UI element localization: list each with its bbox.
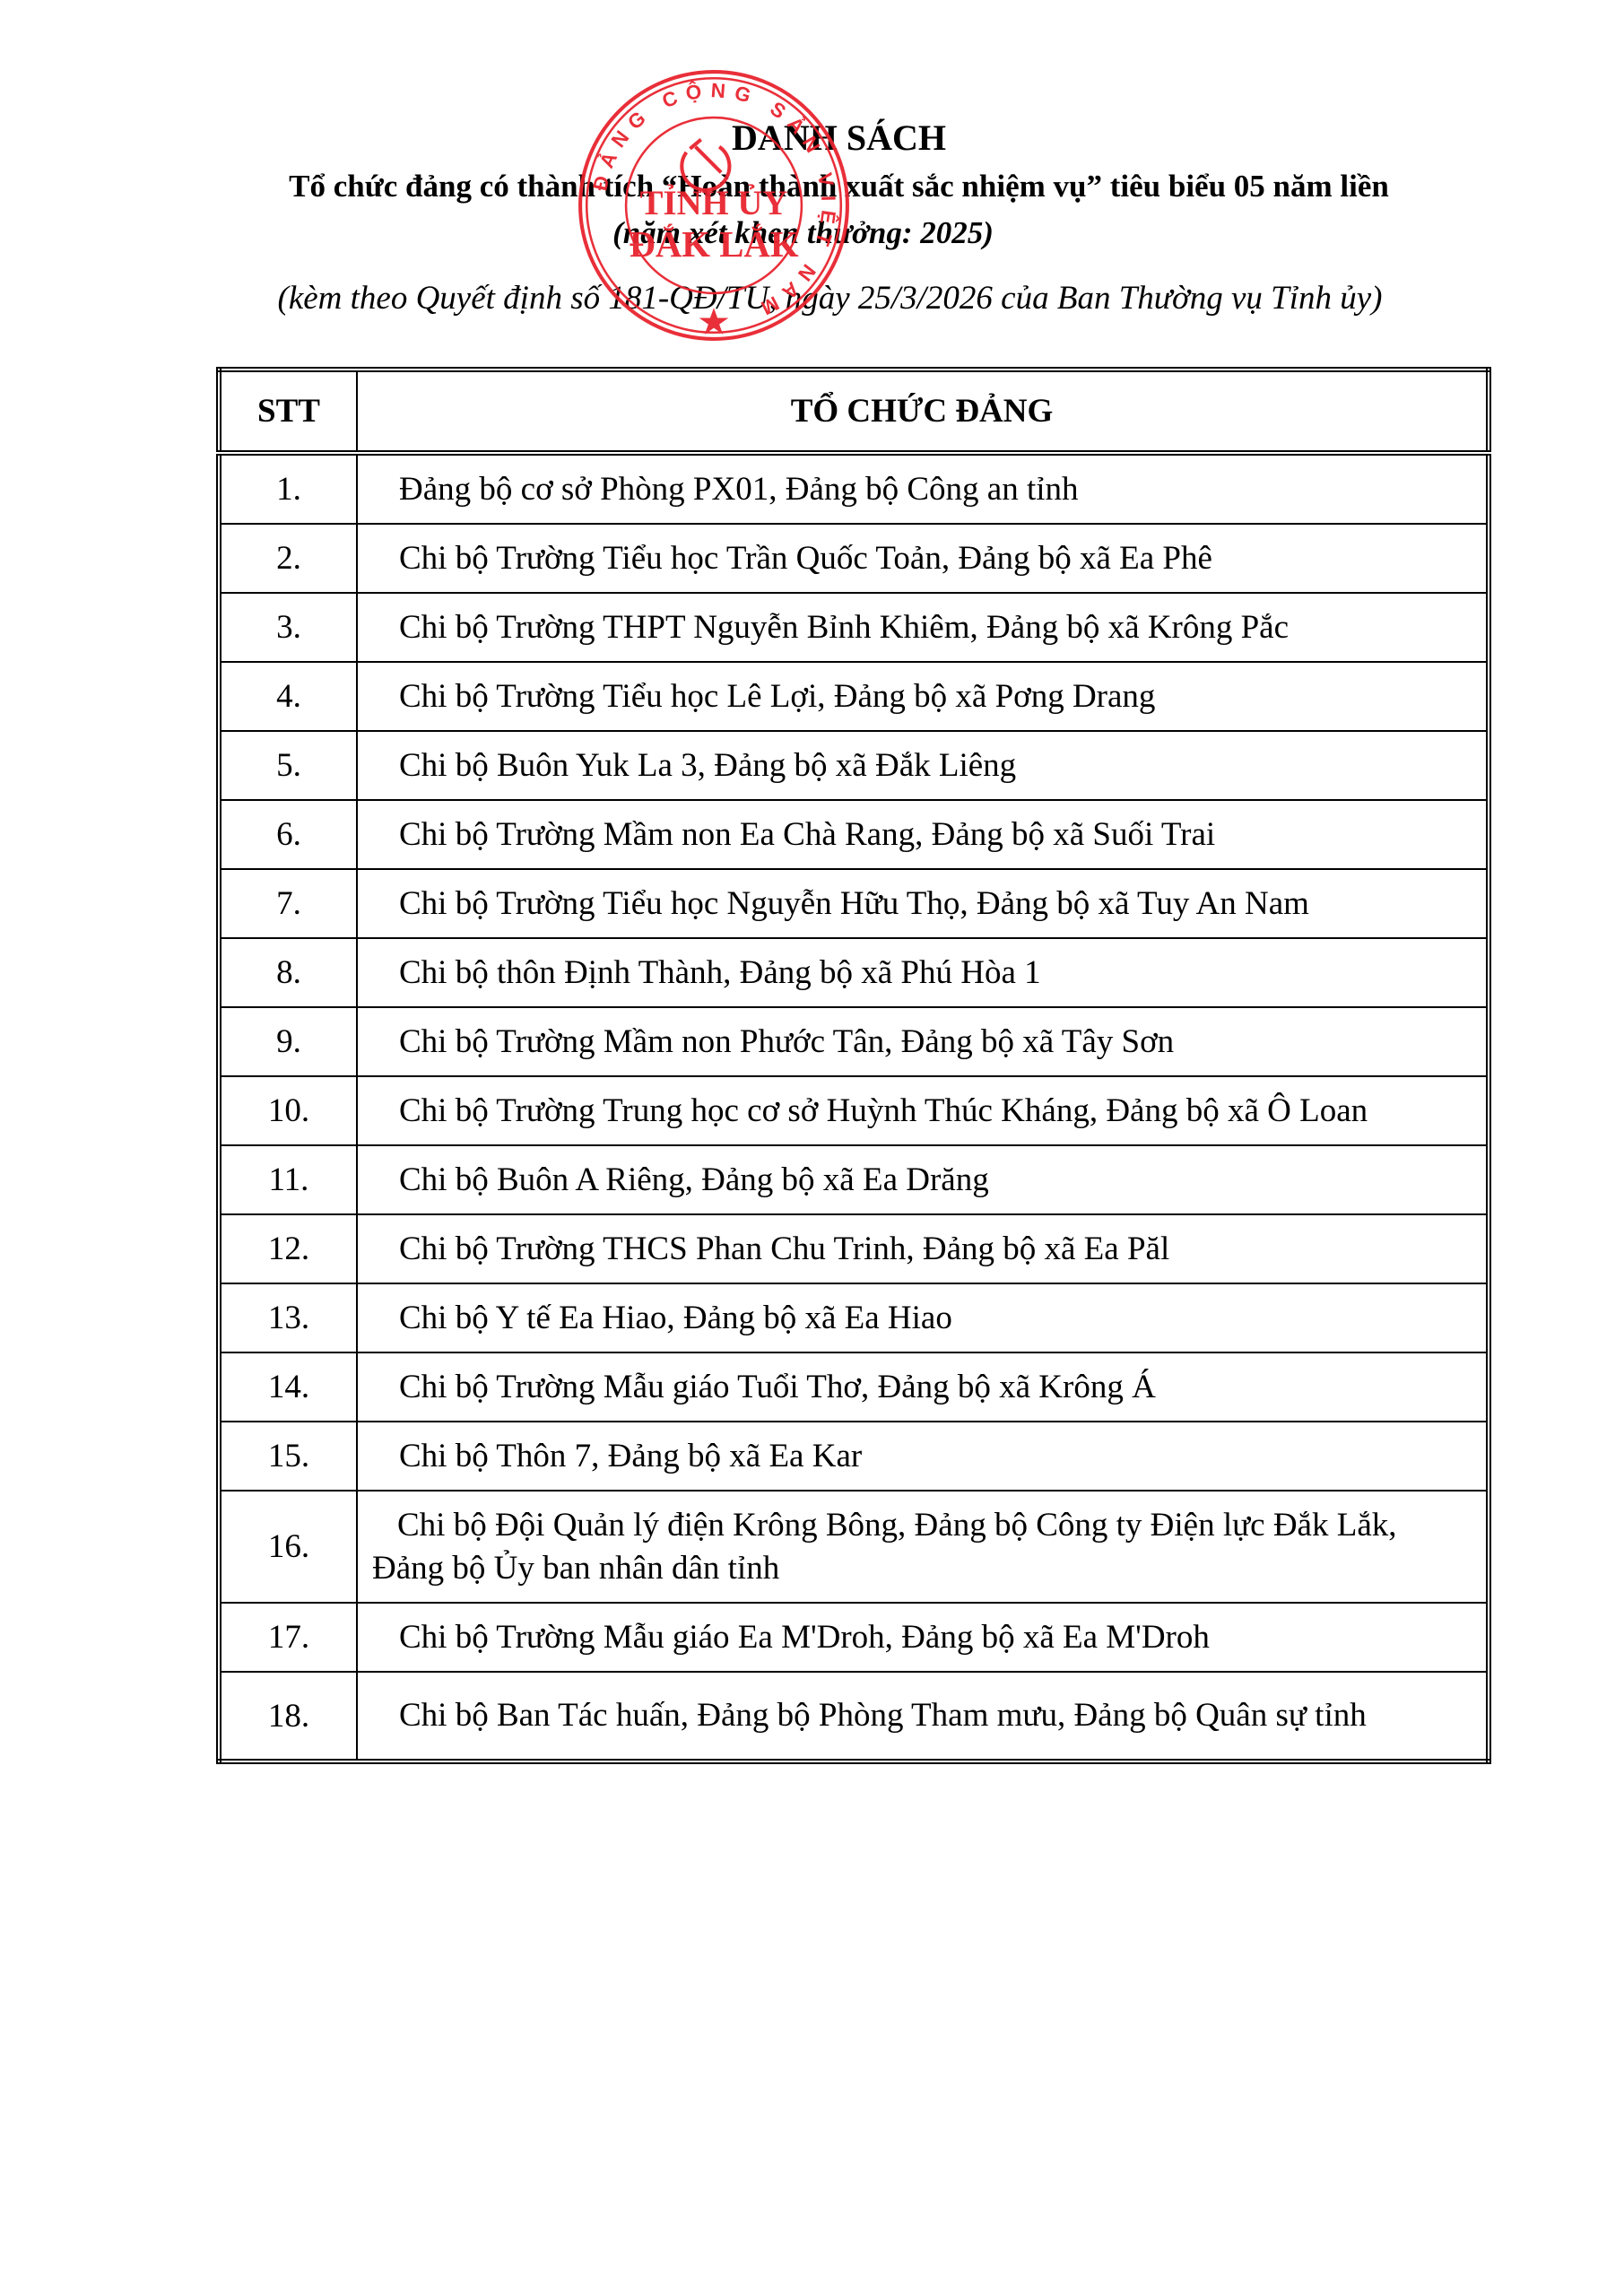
row-number: 7. [219,869,357,938]
table-row: 14.Chi bộ Trường Mẫu giáo Tuổi Thơ, Đảng… [219,1352,1489,1422]
organization-name: Chi bộ Trường Mầm non Ea Chà Rang, Đảng … [357,800,1489,869]
row-number: 13. [219,1283,357,1352]
table-row: 10.Chi bộ Trường Trung học cơ sở Huỳnh T… [219,1076,1489,1145]
row-number: 3. [219,593,357,662]
table-row: 11.Chi bộ Buôn A Riêng, Đảng bộ xã Ea Dr… [219,1145,1489,1214]
row-number: 1. [219,453,357,524]
organization-table: STT TỔ CHỨC ĐẢNG 1.Đảng bộ cơ sở Phòng P… [216,367,1491,1764]
award-year-note: (năm xét khen thưởng: 2025) [0,215,1615,251]
organization-name: Chi bộ Trường THCS Phan Chu Trinh, Đảng … [357,1214,1489,1283]
table-row: 12.Chi bộ Trường THCS Phan Chu Trinh, Đả… [219,1214,1489,1283]
column-header-organization: TỔ CHỨC ĐẢNG [357,370,1489,453]
row-number: 17. [219,1603,357,1672]
row-number: 14. [219,1352,357,1422]
table-row: 4.Chi bộ Trường Tiểu học Lê Lợi, Đảng bộ… [219,662,1489,731]
table-header-row: STT TỔ CHỨC ĐẢNG [219,370,1489,453]
organization-name: Chi bộ Trường Tiểu học Nguyễn Hữu Thọ, Đ… [357,869,1489,938]
row-number: 16. [219,1491,357,1603]
row-number: 6. [219,800,357,869]
organization-name: Chi bộ Trường Tiểu học Trần Quốc Toản, Đ… [357,524,1489,593]
organization-name: Chi bộ Ban Tác huấn, Đảng bộ Phòng Tham … [357,1672,1489,1761]
organization-name: Chi bộ thôn Định Thành, Đảng bộ xã Phú H… [357,938,1489,1007]
table-body: 1.Đảng bộ cơ sở Phòng PX01, Đảng bộ Công… [219,453,1489,1761]
row-number: 2. [219,524,357,593]
row-number: 18. [219,1672,357,1761]
row-number: 5. [219,731,357,800]
row-number: 12. [219,1214,357,1283]
table-row: 18.Chi bộ Ban Tác huấn, Đảng bộ Phòng Th… [219,1672,1489,1761]
table-row: 13.Chi bộ Y tế Ea Hiao, Đảng bộ xã Ea Hi… [219,1283,1489,1352]
organization-name: Chi bộ Trường Mẫu giáo Ea M'Droh, Đảng b… [357,1603,1489,1672]
table-row: 8.Chi bộ thôn Định Thành, Đảng bộ xã Phú… [219,938,1489,1007]
organization-name: Chi bộ Buôn Yuk La 3, Đảng bộ xã Đắk Liê… [357,731,1489,800]
table-row: 17.Chi bộ Trường Mẫu giáo Ea M'Droh, Đản… [219,1603,1489,1672]
table-row: 5.Chi bộ Buôn Yuk La 3, Đảng bộ xã Đắk L… [219,731,1489,800]
attachment-note: (kèm theo Quyết định số 181-QĐ/TU, ngày … [18,279,1624,317]
table-row: 2.Chi bộ Trường Tiểu học Trần Quốc Toản,… [219,524,1489,593]
organization-name: Chi bộ Trường Mầm non Phước Tân, Đảng bộ… [357,1007,1489,1076]
row-number: 4. [219,662,357,731]
organization-name: Chi bộ Trường THPT Nguyễn Bỉnh Khiêm, Đả… [357,593,1489,662]
organization-name: Chi bộ Trường Mẫu giáo Tuổi Thơ, Đảng bộ… [357,1352,1489,1422]
table-row: 15.Chi bộ Thôn 7, Đảng bộ xã Ea Kar [219,1422,1489,1491]
table-row: 3.Chi bộ Trường THPT Nguyễn Bỉnh Khiêm, … [219,593,1489,662]
row-number: 9. [219,1007,357,1076]
organization-name: Chi bộ Thôn 7, Đảng bộ xã Ea Kar [357,1422,1489,1491]
organization-name: Chi bộ Trường Trung học cơ sở Huỳnh Thúc… [357,1076,1489,1145]
table-row: 6.Chi bộ Trường Mầm non Ea Chà Rang, Đản… [219,800,1489,869]
row-number: 15. [219,1422,357,1491]
organization-name: Đảng bộ cơ sở Phòng PX01, Đảng bộ Công a… [357,453,1489,524]
table-row: 9.Chi bộ Trường Mầm non Phước Tân, Đảng … [219,1007,1489,1076]
table-row: 7.Chi bộ Trường Tiểu học Nguyễn Hữu Thọ,… [219,869,1489,938]
organization-name: Chi bộ Buôn A Riêng, Đảng bộ xã Ea Drăng [357,1145,1489,1214]
row-number: 11. [219,1145,357,1214]
organization-name: Chi bộ Trường Tiểu học Lê Lợi, Đảng bộ x… [357,662,1489,731]
row-number: 10. [219,1076,357,1145]
document-title: DANH SÁCH [27,117,1624,159]
row-number: 8. [219,938,357,1007]
organization-name: Chi bộ Y tế Ea Hiao, Đảng bộ xã Ea Hiao [357,1283,1489,1352]
table-row: 16.Chi bộ Đội Quản lý điện Krông Bông, Đ… [219,1491,1489,1603]
table-row: 1.Đảng bộ cơ sở Phòng PX01, Đảng bộ Công… [219,453,1489,524]
organization-name: Chi bộ Đội Quản lý điện Krông Bông, Đảng… [357,1491,1489,1603]
document-subtitle: Tổ chức đảng có thành tích “Hoàn thành x… [27,169,1624,204]
column-header-stt: STT [219,370,357,453]
